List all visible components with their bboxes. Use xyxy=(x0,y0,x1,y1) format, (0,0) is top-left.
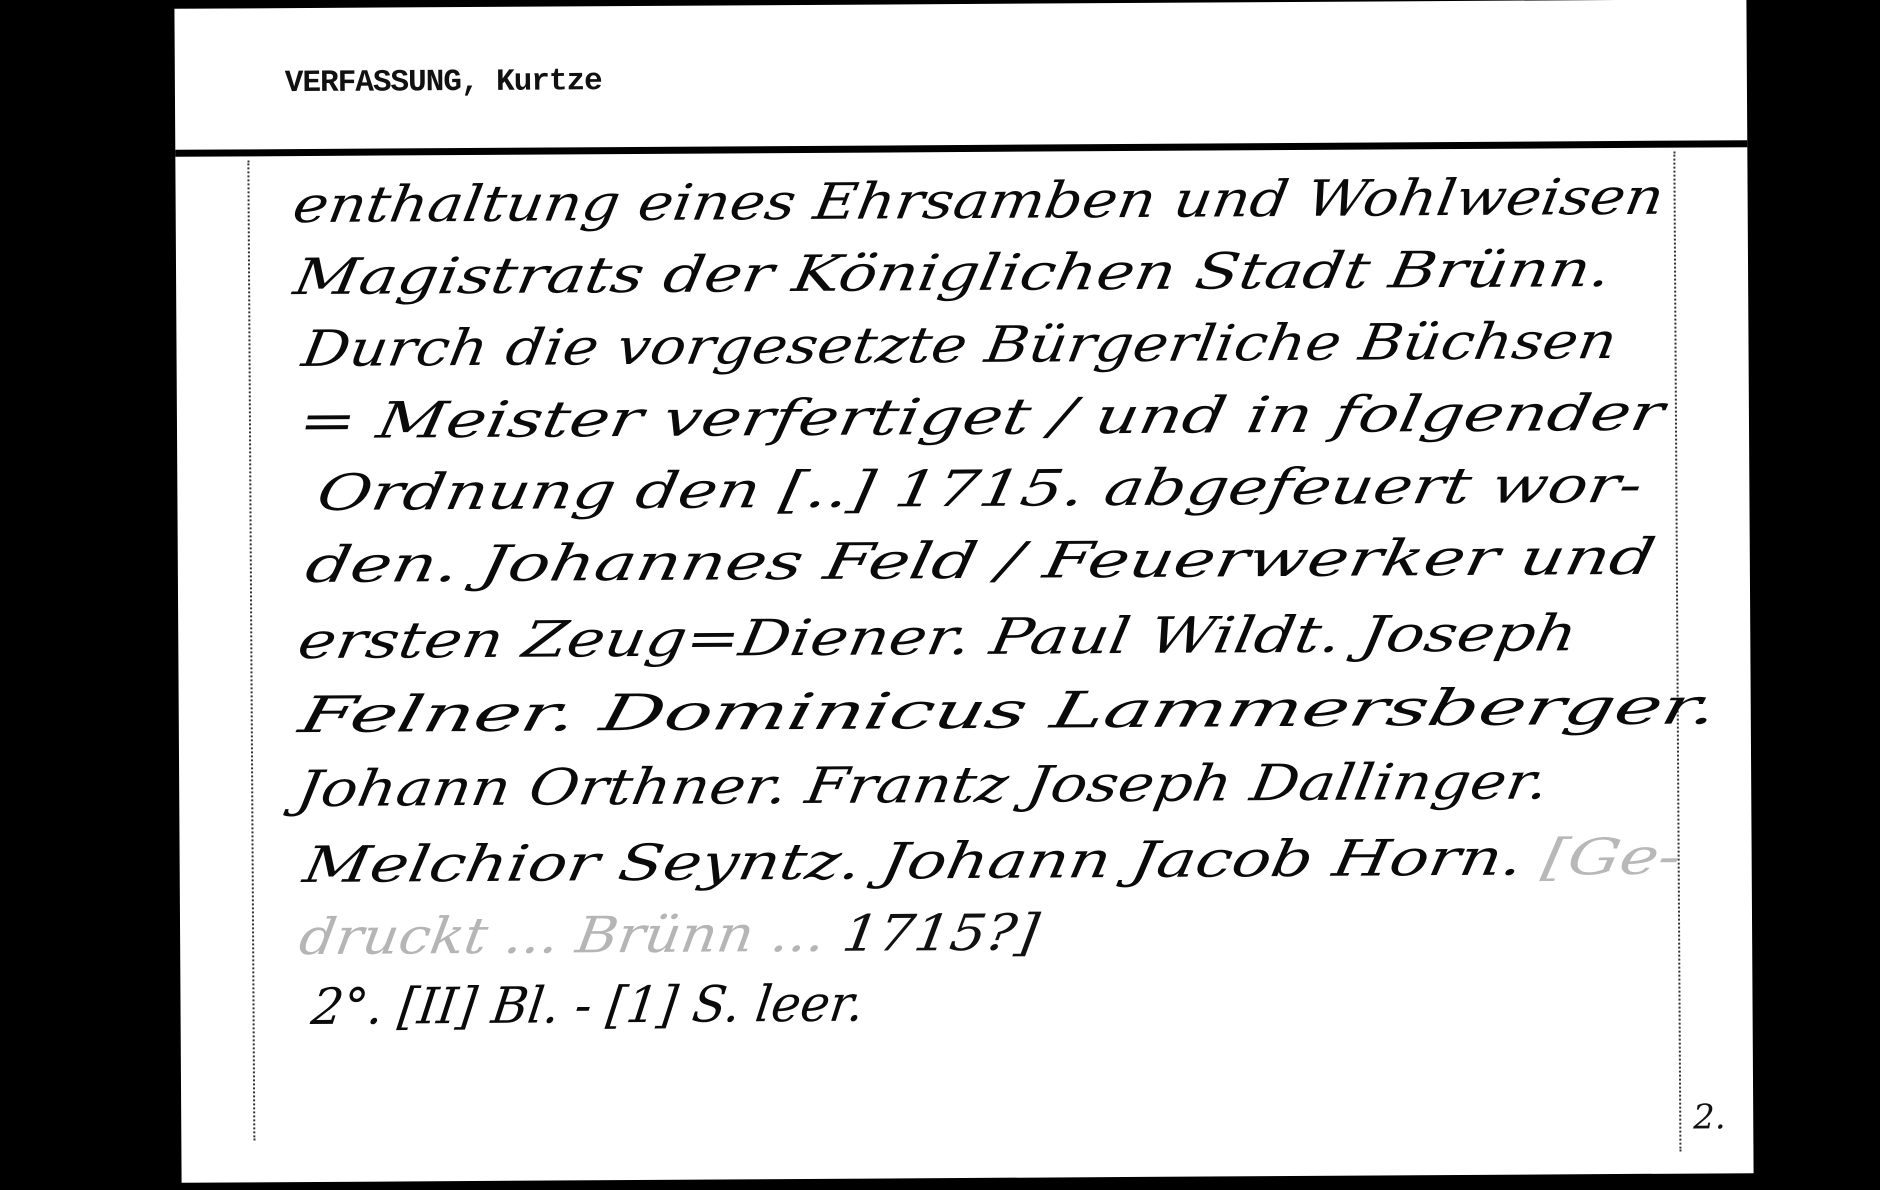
pencil-annotation: druckt ... Brünn ... xyxy=(296,905,830,966)
handwritten-line: Melchior Seyntz. Johann Jacob Horn. [Ge- xyxy=(300,832,1685,890)
line-text: Johann Orthner. Frantz Joseph Dallinger. xyxy=(293,752,1553,818)
line-text: enthaltung eines Ehrsamben und Wohlweise… xyxy=(289,168,1668,234)
line-text: Ordnung den [..] 1715. abgefeuert wor- xyxy=(313,456,1647,522)
handwritten-line: Durch die vorgesetzte Bürgerliche Büchse… xyxy=(299,316,1621,374)
handwritten-line: enthaltung eines Ehrsamben und Wohlweise… xyxy=(290,172,1668,230)
handwritten-line: Magistrats der Königlichen Stadt Brünn. xyxy=(290,244,1615,302)
line-text: Magistrats der Königlichen Stadt Brünn. xyxy=(290,240,1616,306)
line-text: den. Johannes Feld / Feuerwerker und xyxy=(301,528,1660,594)
handwritten-line: den. Johannes Feld / Feuerwerker und xyxy=(302,532,1659,590)
handwritten-line: Ordnung den [..] 1715. abgefeuert wor- xyxy=(314,460,1647,518)
handwritten-line: Johann Orthner. Frantz Joseph Dallinger. xyxy=(293,756,1552,814)
date-annotation: 1715?] xyxy=(821,904,1043,963)
line-text: = Meister verfertiget / und in folgender xyxy=(294,384,1668,450)
line-text: Felner. Dominicus Lammersberger. xyxy=(294,677,1723,744)
line-text: ersten Zeug=Diener. Paul Wildt. Joseph xyxy=(294,604,1582,670)
handwritten-line: Felner. Dominicus Lammersberger. xyxy=(295,681,1722,740)
handwritten-transcription: enthaltung eines Ehrsamben und Wohlweise… xyxy=(174,0,1753,1183)
pencil-annotation: [Ge- xyxy=(1517,828,1685,887)
line-text: Melchior Seyntz. Johann Jacob Horn. xyxy=(299,829,1528,895)
line-text: 2°. [II] Bl. - [1] S. leer. xyxy=(308,975,867,1036)
collation-line: 2°. [II] Bl. - [1] S. leer. xyxy=(309,979,867,1032)
line-text: Durch die vorgesetzte Bürgerliche Büchse… xyxy=(298,312,1621,378)
handwritten-line-pencil: druckt ... Brünn ... 1715?] xyxy=(296,908,1042,963)
card-sequence-number: 2. xyxy=(1693,1097,1726,1137)
handwritten-line: = Meister verfertiget / und in folgender xyxy=(295,388,1668,446)
catalog-card: VERFASSUNG, Kurtze enthaltung eines Ehrs… xyxy=(174,0,1753,1183)
handwritten-line: ersten Zeug=Diener. Paul Wildt. Joseph xyxy=(294,608,1581,666)
